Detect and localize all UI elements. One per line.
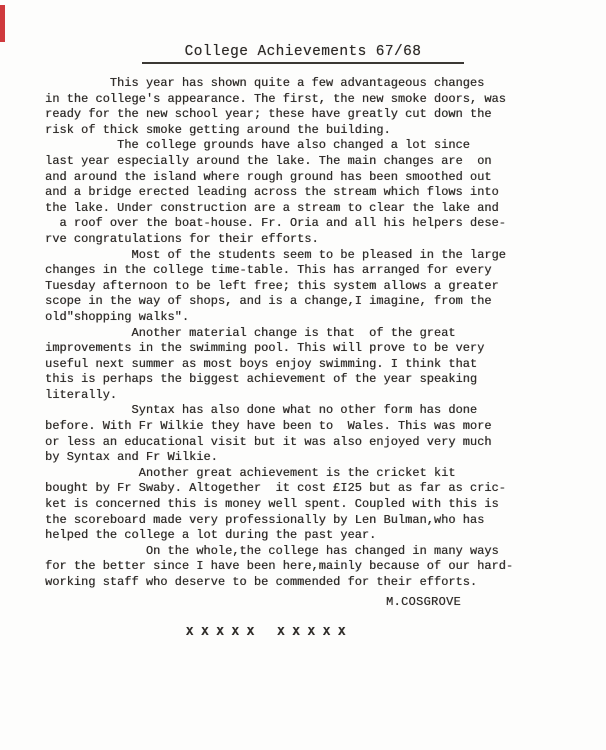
page-title: College Achievements 67/68 <box>142 44 464 64</box>
red-margin-mark <box>0 5 5 42</box>
document-page: College Achievements 67/68 This year has… <box>0 0 606 750</box>
document-body-text: This year has shown quite a few advantag… <box>45 76 513 591</box>
author-signature: M.COSGROVE <box>386 595 461 609</box>
footer-x-marks: X X X X X X X X X X <box>186 625 346 639</box>
